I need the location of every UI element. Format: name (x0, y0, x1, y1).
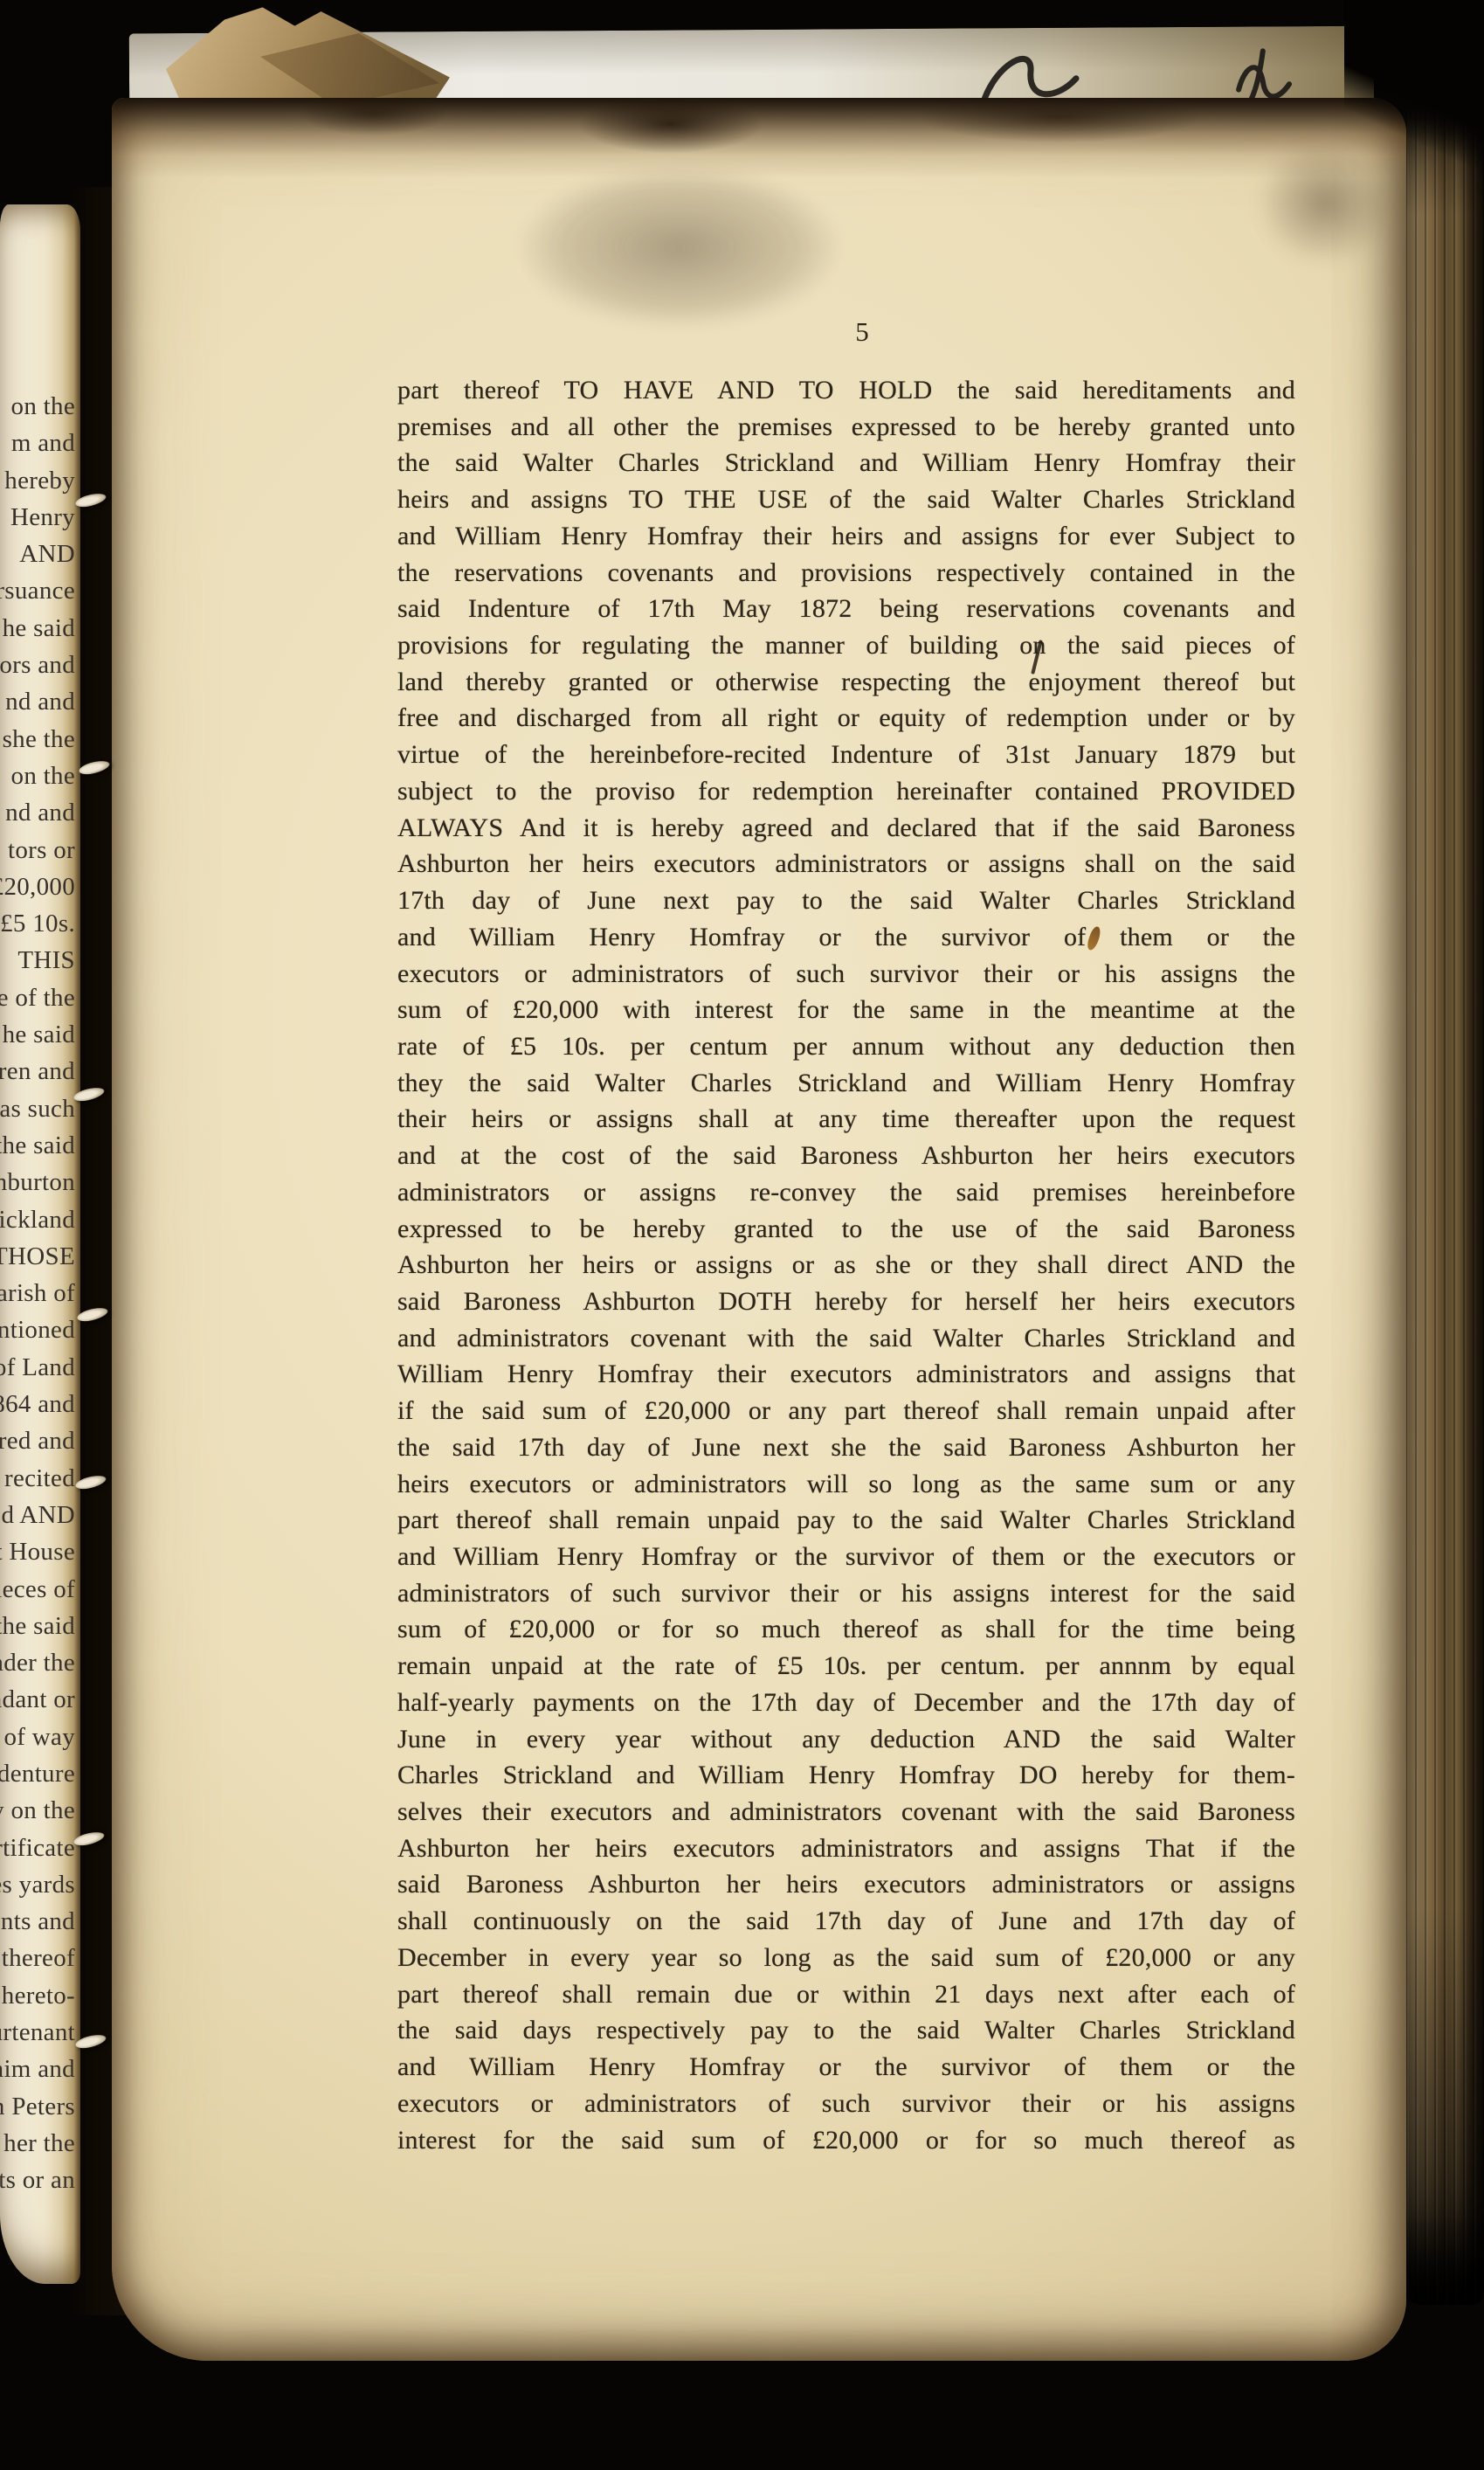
left-page-line: rsuance (0, 572, 75, 609)
left-page-line: m Peters (0, 2088, 75, 2125)
left-page-line: Certificate (0, 1830, 75, 1866)
left-page-line: of her the (0, 2125, 75, 2162)
deed-text-line: shall continuously on the said 17th day … (397, 1903, 1295, 1940)
deed-text-line: Ashburton her heirs executors administra… (397, 1830, 1295, 1867)
deed-text-line: and at the cost of the said Baroness Ash… (397, 1138, 1295, 1174)
left-page-line: ors and (0, 647, 75, 683)
deed-text-line: executors or administrators of such surv… (397, 2086, 1295, 2122)
left-page-line: ry on the (0, 1792, 75, 1829)
deed-text-line: and William Henry Homfray or the survivo… (397, 919, 1295, 956)
deed-text-line: rate of £5 10s. per centum per annum wit… (397, 1028, 1295, 1065)
left-page-line: THIS (0, 942, 75, 979)
deed-text-line: the said Walter Charles Strickland and W… (397, 445, 1295, 481)
deed-text-line: heirs executors or administrators will s… (397, 1466, 1295, 1503)
deed-text-line: subject to the proviso for redemption he… (397, 773, 1295, 810)
deed-text-line: Charles Strickland and William Henry Hom… (397, 1757, 1295, 1794)
left-page-line: £20,000 (0, 868, 75, 905)
left-page-line: ren and (0, 1053, 75, 1090)
deed-text-line: part thereof shall remain unpaid pay to … (397, 1502, 1295, 1539)
left-page-line: he said (0, 1016, 75, 1053)
deed-text-line: interest for the said sum of £20,000 or … (397, 2122, 1295, 2159)
left-page-line: on the (0, 388, 75, 425)
deed-text-line: heirs and assigns TO THE USE of the said… (397, 481, 1295, 518)
deed-text-line: William Henry Homfray their executors ad… (397, 1356, 1295, 1393)
deed-text-line: virtue of the hereinbefore-recited Inden… (397, 737, 1295, 773)
deed-text-line: Ashburton her heirs or assigns or as she… (397, 1247, 1295, 1283)
book-photo-scene: on them andherebyHenryANDrsuancehe saido… (0, 0, 1484, 2470)
deed-text-line: and William Henry Homfray or the survivo… (397, 2049, 1295, 2086)
deed-text-line: part thereof shall remain due or within … (397, 1976, 1295, 2013)
deed-text-line: premises and all other the premises expr… (397, 409, 1295, 446)
deed-text-line: December in every year so long as the sa… (397, 1940, 1295, 1976)
left-page-line: laim and (0, 2051, 75, 2087)
deed-text-line: said Baroness Ashburton her heirs execut… (397, 1866, 1295, 1903)
deed-text-line: the reservations covenants and provision… (397, 555, 1295, 592)
left-page-line: of Land (0, 1349, 75, 1386)
deed-text-line: part thereof TO HAVE AND TO HOLD the sai… (397, 372, 1295, 409)
left-page-text-fragments: on them andherebyHenryANDrsuancehe saido… (0, 388, 75, 2199)
left-page-line: red and (0, 1422, 75, 1459)
left-page-line: tors or (0, 832, 75, 868)
left-page-line: arish of (0, 1275, 75, 1311)
left-page-line: shburton (0, 1164, 75, 1200)
left-page-line: d recited (0, 1460, 75, 1497)
deed-text-line: expressed to be hereby granted to the us… (397, 1211, 1295, 1248)
left-page-line: £5 10s. (0, 905, 75, 942)
deed-text-line: administrators of such survivor their or… (397, 1575, 1295, 1612)
deed-text-line: executors or administrators of such surv… (397, 956, 1295, 993)
left-page-line: AND (0, 536, 75, 572)
deed-text-line: if the said sum of £20,000 or any part t… (397, 1393, 1295, 1429)
left-page-line: ents and (0, 1903, 75, 1940)
left-page-line: rt thereof (0, 1940, 75, 1976)
deed-text-line: said Baroness Ashburton DOTH hereby for … (397, 1283, 1295, 1320)
left-page-line: Indenture (0, 1755, 75, 1792)
deed-text-line: selves their executors and administrator… (397, 1794, 1295, 1830)
left-page-line: ndant or (0, 1681, 75, 1718)
deed-text-line: June in every year without any deduction… (397, 1721, 1295, 1758)
deed-text-line: sum of £20,000 with interest for the sam… (397, 992, 1295, 1028)
deed-text-line: land thereby granted or otherwise respec… (397, 664, 1295, 701)
left-page-line: rickland (0, 1201, 75, 1238)
left-page-line: nder the (0, 1644, 75, 1681)
left-page-line: 864 and (0, 1386, 75, 1422)
deed-text-line: said Indenture of 17th May 1872 being re… (397, 591, 1295, 627)
left-page-line: d AND (0, 1497, 75, 1533)
deed-text-line: the said days respectively pay to the sa… (397, 2012, 1295, 2049)
page-edges-stack (1396, 101, 1484, 2305)
left-page-line: he said (0, 610, 75, 647)
left-page-line: res yards (0, 1866, 75, 1903)
left-page-line: nd and (0, 683, 75, 720)
left-page-line: m and (0, 425, 75, 461)
deed-text-line: Ashburton her heirs executors administra… (397, 846, 1295, 882)
left-page-strip: on them andherebyHenryANDrsuancehe saido… (0, 204, 80, 2284)
left-page-line: e of the (0, 979, 75, 1016)
deed-text-line: ALWAYS And it is hereby agreed and decla… (397, 810, 1295, 847)
deed-text-line: half-yearly payments on the 17th day of … (397, 1685, 1295, 1721)
page-number: 5 (397, 316, 1295, 348)
left-page-line: ts of way (0, 1719, 75, 1755)
deed-text-line: provisions for regulating the manner of … (397, 627, 1295, 664)
deed-text-line: they the said Walter Charles Strickland … (397, 1065, 1295, 1102)
left-page-line: THOSE (0, 1238, 75, 1275)
deed-text-line: and William Henry Homfray their heirs an… (397, 518, 1295, 555)
left-page-line: nd and (0, 794, 75, 831)
left-page-line: she the (0, 721, 75, 758)
left-page-line: on the (0, 758, 75, 794)
left-page-line: entioned (0, 1311, 75, 1348)
deed-text-line: free and discharged from all right or eq… (397, 700, 1295, 737)
left-page-line: as such (0, 1090, 75, 1127)
left-page-line: the said (0, 1608, 75, 1644)
left-page-line: Henry (0, 499, 75, 536)
deed-text-line: and William Henry Homfray or the survivo… (397, 1539, 1295, 1575)
left-page-line: or hereto- (0, 1977, 75, 2014)
left-page-line: nt House (0, 1533, 75, 1570)
left-page-line: pieces of (0, 1571, 75, 1608)
deed-text-block: part thereof TO HAVE AND TO HOLD the sai… (397, 372, 1295, 2158)
deed-text-line: remain unpaid at the rate of £5 10s. per… (397, 1648, 1295, 1685)
deed-text-line: their heirs or assigns shall at any time… (397, 1101, 1295, 1138)
right-page: 5 part thereof TO HAVE AND TO HOLD the s… (112, 98, 1406, 2361)
deed-text-line: the said 17th day of June next she the s… (397, 1429, 1295, 1466)
deed-text-line: sum of £20,000 or for so much thereof as… (397, 1611, 1295, 1648)
deed-text-line: and administrators covenant with the sai… (397, 1320, 1295, 1357)
background-shadow-corner (1344, 0, 1484, 170)
left-page-line: ppurtenant (0, 2014, 75, 2051)
left-page-line: the said (0, 1127, 75, 1164)
deed-text-line: 17th day of June next pay to the said Wa… (397, 882, 1295, 919)
left-page-line: hereby (0, 462, 75, 499)
deed-text-line: administrators or assigns re-convey the … (397, 1174, 1295, 1211)
left-page-line: ts or an (0, 2162, 75, 2198)
